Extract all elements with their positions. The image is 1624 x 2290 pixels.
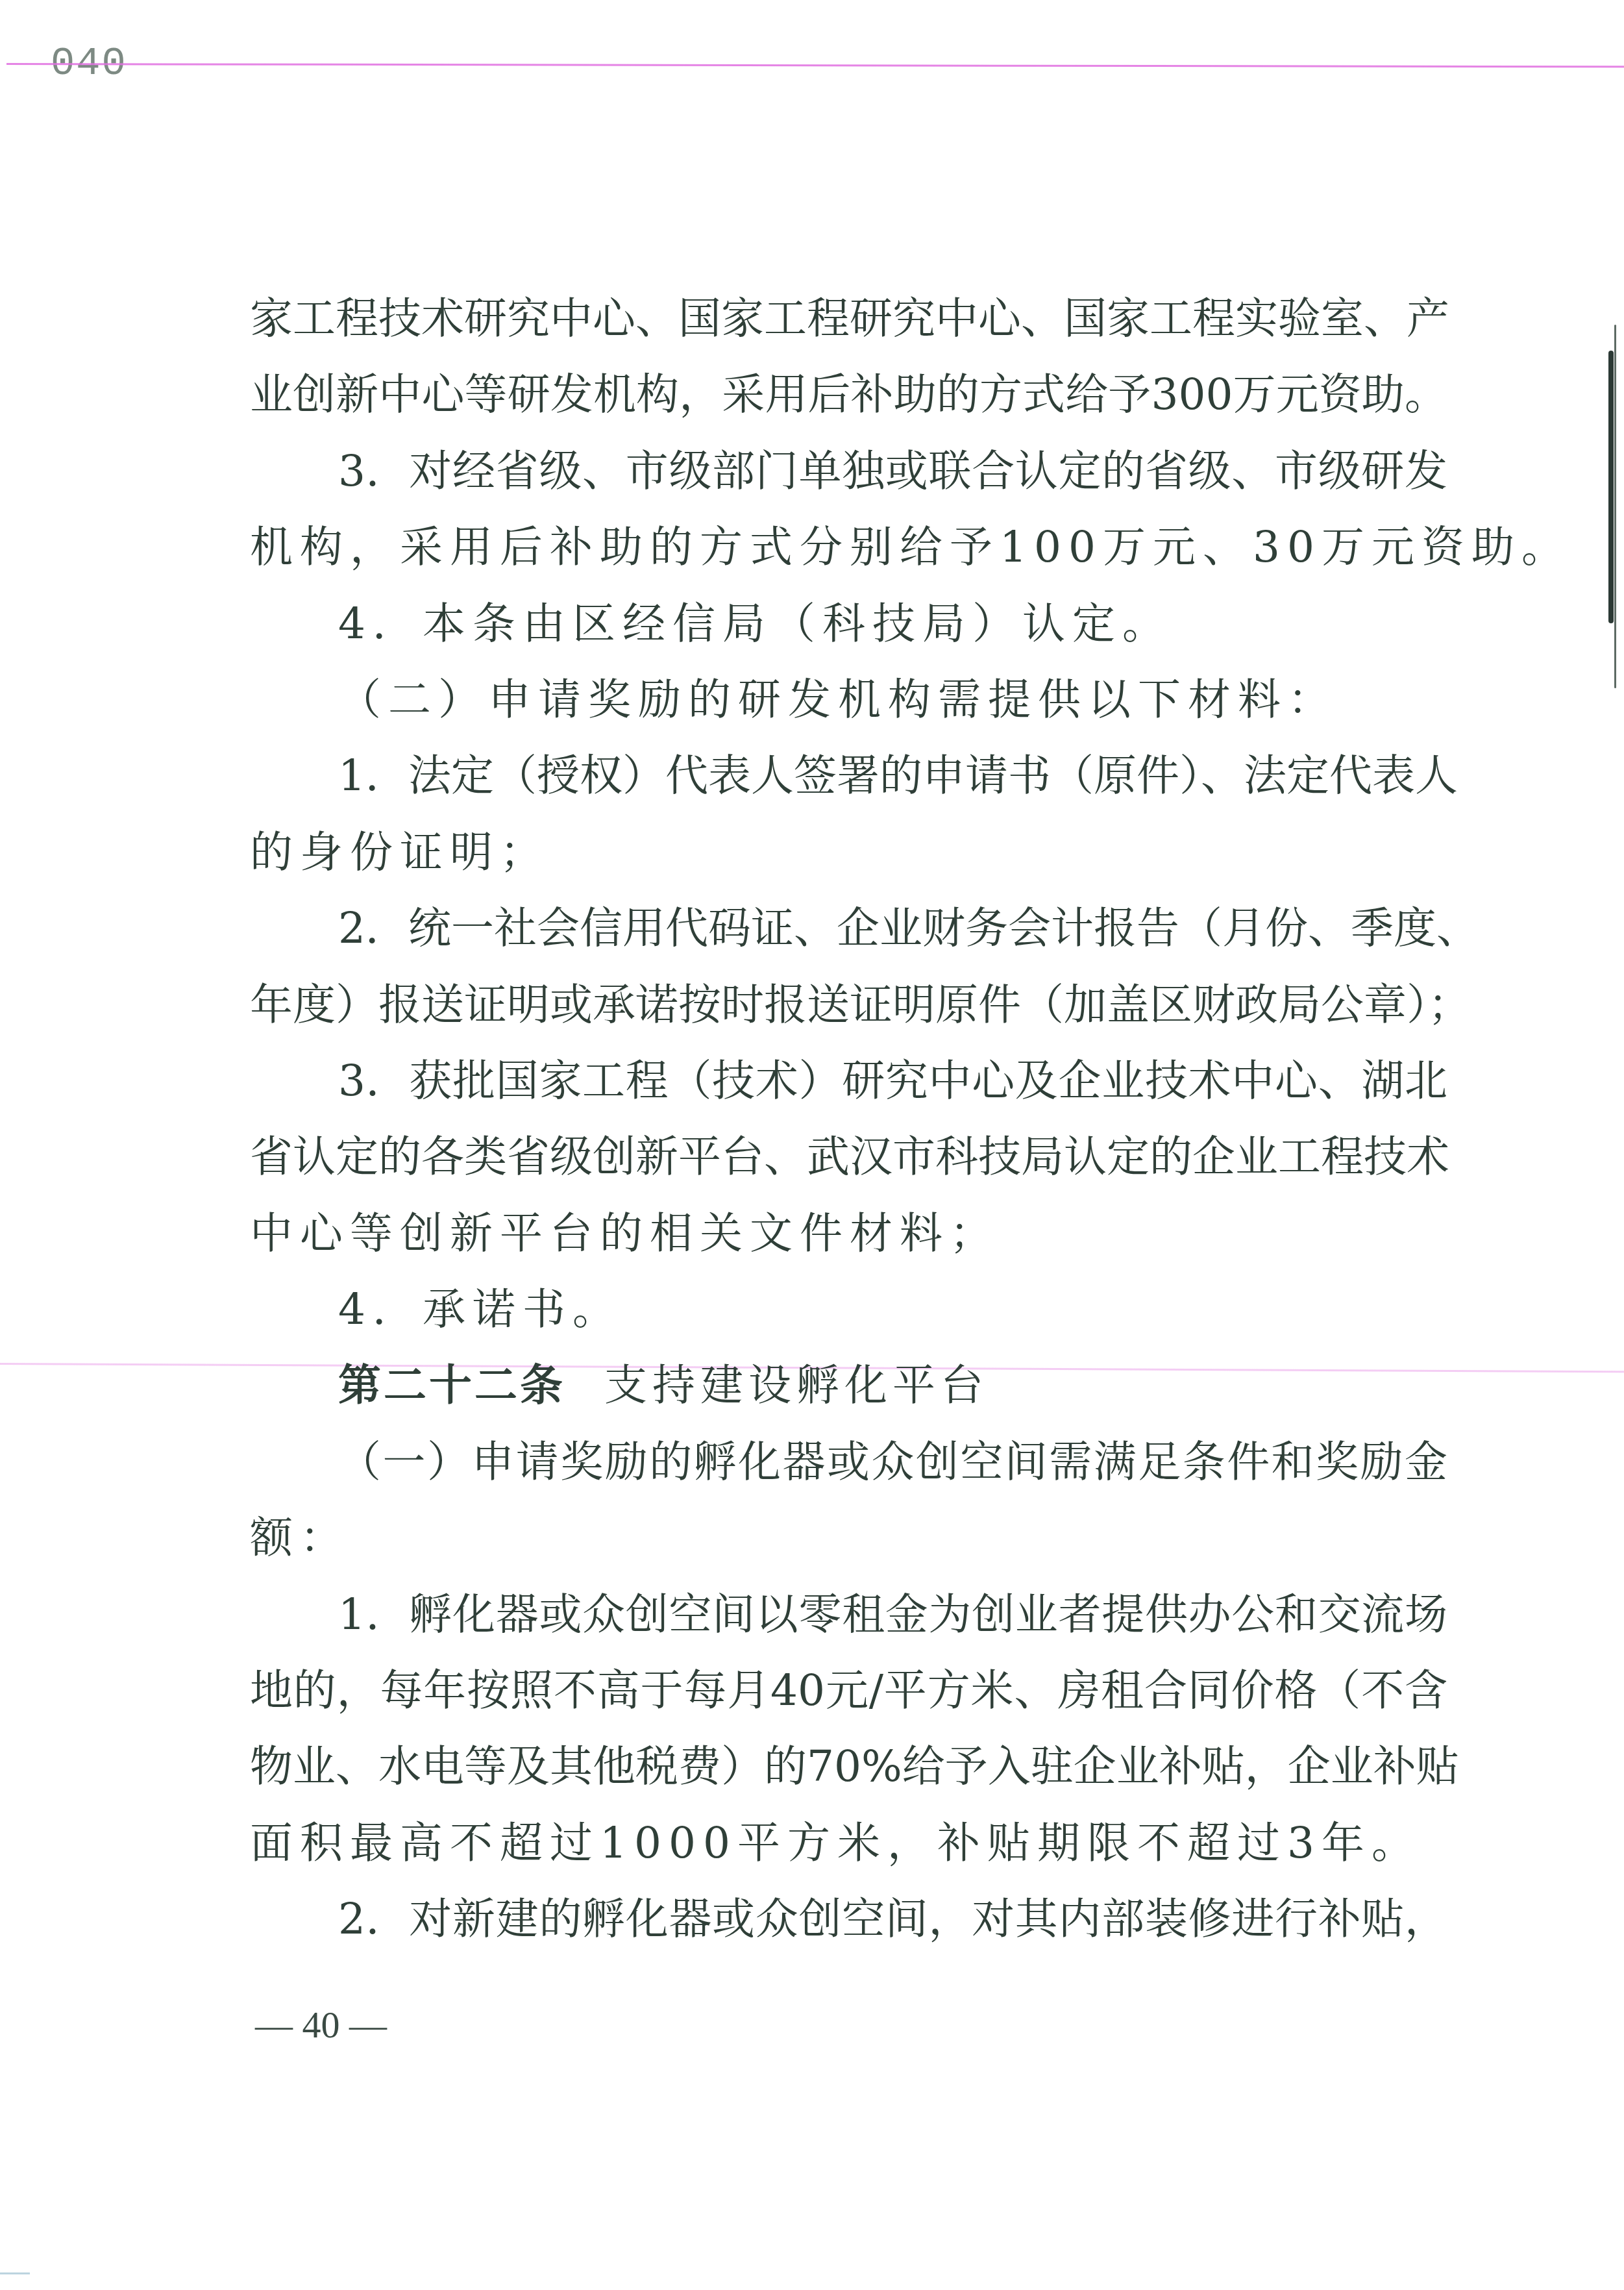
scan-corner-mark	[0, 2272, 30, 2274]
body-line-4: 机构，采用后补助的方式分别给予100万元、30万元资助。	[250, 509, 1447, 585]
article-heading: 第二十二条支持建设孵化平台	[250, 1347, 1447, 1423]
binding-edge	[1608, 351, 1614, 623]
header-rule	[6, 63, 1624, 68]
section-heading-conditions: （一）申请奖励的孵化器或众创空间需满足条件和奖励金	[250, 1424, 1447, 1500]
body-line-9: 2．统一社会信用代码证、企业财务会计报告（月份、季度、	[250, 890, 1447, 966]
body-line-20: 物业、水电等及其他税费）的70%给予入驻企业补贴，企业补贴	[250, 1728, 1447, 1804]
body-line-18: 1．孵化器或众创空间以零租金为创业者提供办公和交流场	[250, 1576, 1447, 1652]
binding-edge-shadow	[1614, 325, 1616, 688]
body-line-7: 1．法定（授权）代表人签署的申请书（原件）、法定代表人	[250, 738, 1447, 814]
body-line-3: 3．对经省级、市级部门单独或联合认定的省级、市级研发	[250, 433, 1447, 509]
body-line-14: 4．承诺书。	[250, 1271, 1447, 1347]
body-line-5: 4．本条由区经信局（科技局）认定。	[250, 586, 1447, 662]
body-line-19: 地的，每年按照不高于每月40元/平方米、房租合同价格（不含	[250, 1652, 1447, 1728]
body-line-2: 业创新中心等研发机构，采用后补助的方式给予300万元资助。	[250, 356, 1447, 432]
body-line-21: 面积最高不超过1000平方米，补贴期限不超过3年。	[250, 1805, 1447, 1881]
body-line-8: 的身份证明；	[250, 814, 1447, 890]
body-line-10: 年度）报送证明或承诺按时报送证明原件（加盖区财政局公章）；	[250, 967, 1447, 1043]
body-line-11: 3．获批国家工程（技术）研究中心及企业技术中心、湖北	[250, 1043, 1447, 1119]
body-line-1: 家工程技术研究中心、国家工程研究中心、国家工程实验室、产	[250, 280, 1447, 356]
document-body: 家工程技术研究中心、国家工程研究中心、国家工程实验室、产 业创新中心等研发机构，…	[250, 280, 1447, 1958]
body-line-17: 额：	[250, 1500, 1447, 1576]
body-line-13: 中心等创新平台的相关文件材料；	[250, 1195, 1447, 1271]
article-number: 第二十二条	[338, 1360, 565, 1410]
article-title: 支持建设孵化平台	[604, 1360, 989, 1410]
page-number: — 40 —	[255, 2003, 387, 2047]
body-line-22: 2．对新建的孵化器或众创空间，对其内部装修进行补贴，	[250, 1881, 1447, 1957]
section-heading-materials: （二）申请奖励的研发机构需提供以下材料：	[250, 662, 1447, 738]
body-line-12: 省认定的各类省级创新平台、武汉市科技局认定的企业工程技术	[250, 1119, 1447, 1195]
